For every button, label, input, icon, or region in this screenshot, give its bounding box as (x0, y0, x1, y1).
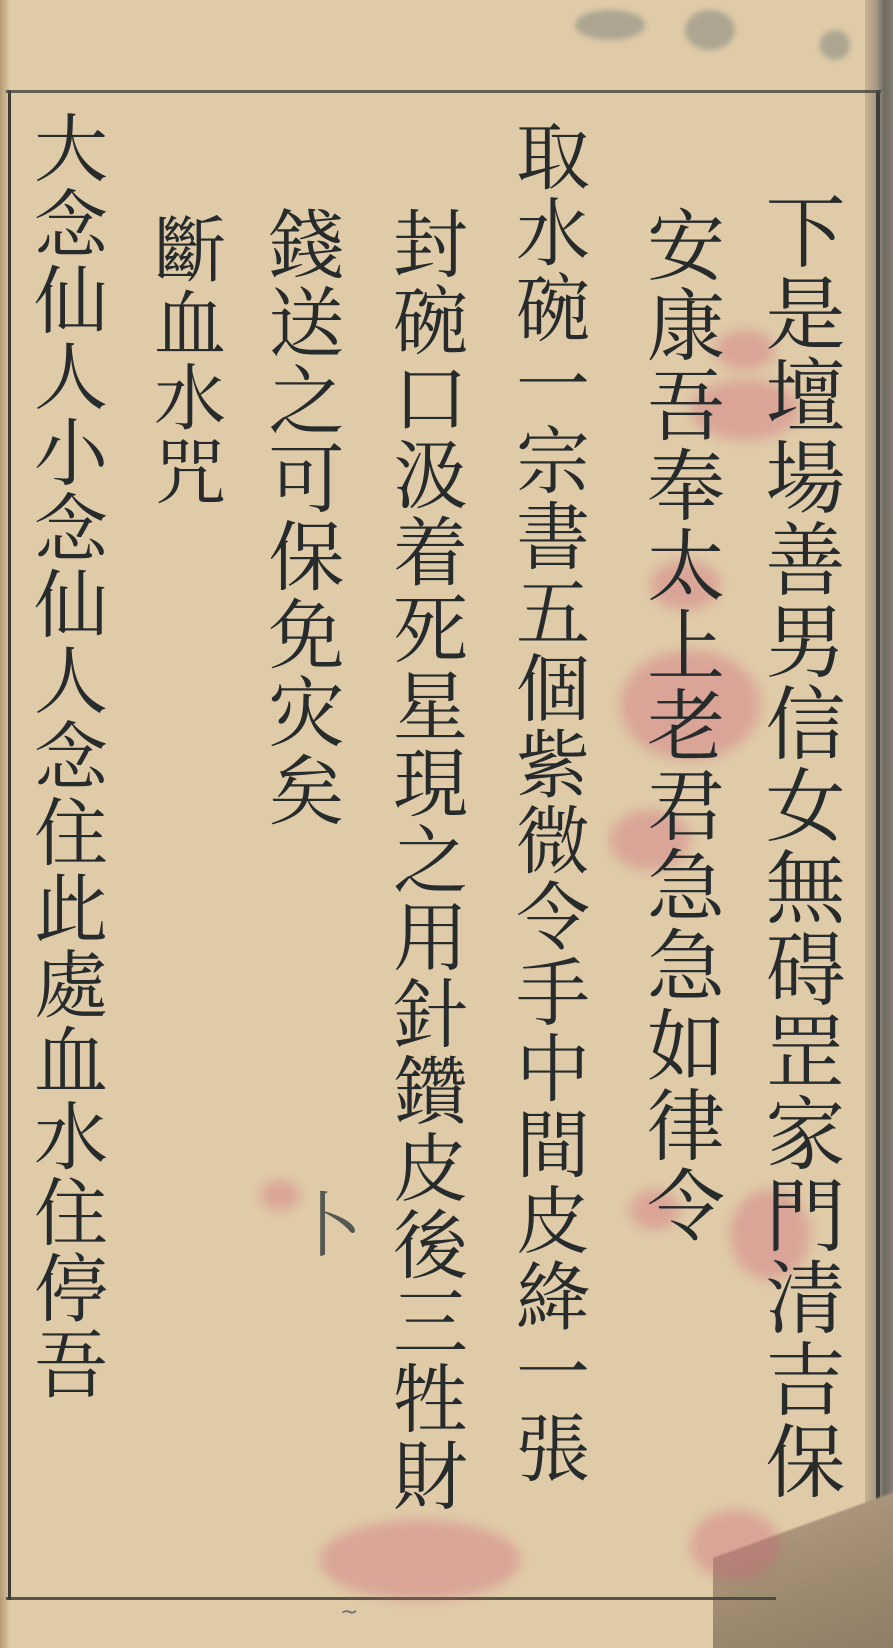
text-column-3: 取水碗一宗書五個紫微令手中間皮絳一張 (510, 118, 584, 1486)
text-column-4: 封碗口汲着死星現之用針鑽皮後三牲財 (387, 205, 462, 1514)
text-column-7: 大念仙人小念仙人念住此處血水住停吾 (28, 110, 102, 1402)
marginal-mark: 卜 (292, 1170, 362, 1271)
red-stain (320, 1520, 520, 1600)
text-column-2: 安康吾奉太上老君急急如律令 (640, 205, 718, 1245)
section-heading-duan-xue-shui-zhou: 斷血水咒 (148, 212, 220, 508)
top-border-rule (6, 90, 881, 93)
text-column-1: 下是壇場善男信女無碍罡家門清吉保 (758, 190, 838, 1502)
red-stain (690, 1510, 780, 1580)
left-frame-line (8, 90, 11, 1600)
bottom-margin-mark: ~ (340, 1600, 358, 1625)
ink-smudge (820, 30, 850, 60)
manuscript-page: 下是壇場善男信女無碍罡家門清吉保 安康吾奉太上老君急急如律令 取水碗一宗書五個紫… (0, 0, 893, 1648)
ink-smudge (575, 10, 645, 40)
ink-smudge (685, 10, 735, 50)
right-frame-line (876, 90, 880, 1510)
text-column-5: 錢送之可保免灾矣 (262, 205, 338, 829)
